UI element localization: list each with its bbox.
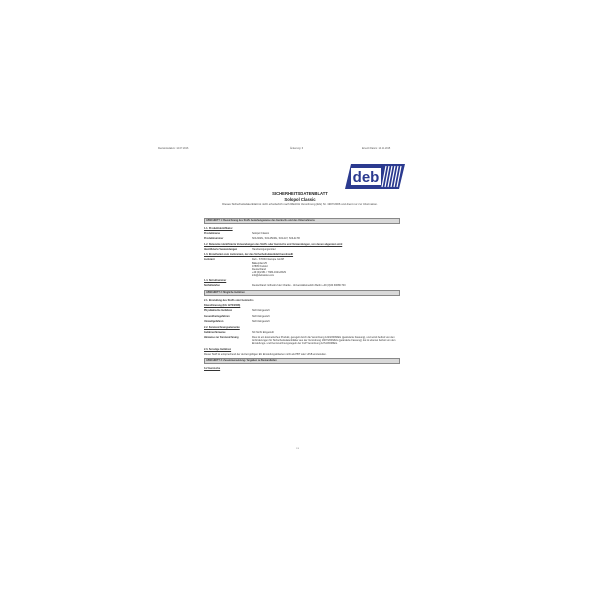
subsection-2-2: 2.2. Kennzeichnungselemente xyxy=(204,326,400,329)
value: Nicht Eingestuft xyxy=(252,309,400,312)
revision-number: Änderung: 6 xyxy=(290,147,303,150)
row-verwendungen: Identifizierte VerwendungenHandreinigung… xyxy=(204,248,400,251)
classification-heading: Klassifizierung (EG 1272/2008) xyxy=(204,304,400,307)
subsection-2-3: 2.3. Sonstige Gefahren xyxy=(204,348,400,351)
section-2-header: ABSCHNITT 2: Mögliche Gefahren xyxy=(204,290,400,296)
value: Nicht Eingestuft xyxy=(252,320,400,323)
label: Physikalische Gefahren xyxy=(204,309,252,312)
value: Handreinigungsmittel xyxy=(252,248,400,251)
page-number: 1/5 xyxy=(296,448,299,450)
value: NC Nicht Eingestuft xyxy=(252,331,400,334)
subsection-2-1: 2.1. Einstufung des Stoffs oder Gemischs xyxy=(204,299,400,302)
revision-date: Revisionsdatum: 12.07.2016 xyxy=(158,147,188,150)
label: Gefahrenhinweise xyxy=(204,331,252,334)
label: Notfalltelefon xyxy=(204,284,252,287)
label: Gesundheitsgefahren xyxy=(204,315,252,318)
svg-text:deb: deb xyxy=(353,169,380,186)
deb-logo: deb xyxy=(345,163,405,190)
subsection-1-4: 1.4. Notrufnummer xyxy=(204,279,400,282)
row-produktname: ProduktnameSolopol Classic xyxy=(204,232,400,235)
value: Solopol Classic xyxy=(252,232,400,235)
row-phys: Physikalische GefahrenNicht Eingestuft xyxy=(204,309,400,312)
supersedes-date: Ersetzt Datum: 14.11.2015 xyxy=(362,147,390,150)
label: Produktnummer xyxy=(204,237,252,240)
email-link[interactable]: info@debstoko.com xyxy=(252,274,400,277)
row-ges: GesundheitsgefahrenNicht Eingestuft xyxy=(204,315,400,318)
subsection-1-3: 1.3. Einzelheiten zum Lieferanten, der d… xyxy=(204,253,400,256)
value: Nicht Eingestuft xyxy=(252,315,400,318)
row-lieferant: Lieferant Deb - STOKO Europe GmbH Bäkerp… xyxy=(204,258,400,277)
subsection-1-1: 1.1. Produktidentifikator xyxy=(204,227,400,230)
section-1-header: ABSCHNITT 1: Bezeichnung des Stoffs bezi… xyxy=(204,218,400,224)
other-hazards-text: Dieser Stoff ist entsprechend der derzei… xyxy=(204,353,400,356)
row-umw: UmweltgefahrenNicht Eingestuft xyxy=(204,320,400,323)
label: Lieferant xyxy=(204,258,252,277)
subsection-3-2: 3.2 Gemische xyxy=(204,367,400,370)
row-produktnummer: ProduktnummerSOL30ML, SOL250ML, SOL2LT, … xyxy=(204,237,400,240)
row-gef: GefahrenhinweiseNC Nicht Eingestuft xyxy=(204,331,400,334)
label: Identifizierte Verwendungen xyxy=(204,248,252,251)
row-hinweise: Hinweise zur KennzeichnungDies ist ein k… xyxy=(204,336,400,345)
label: Produktname xyxy=(204,232,252,235)
value: SOL30ML, SOL250ML, SOL2LT, SOL4LTR xyxy=(252,237,400,240)
section-3-header: ABSCHNITT 3: Zusammensetzung / Angaben z… xyxy=(204,358,400,364)
value: Deutschland: Giftnotruf der Charité - Un… xyxy=(252,284,400,287)
label: Umweltgefahren xyxy=(204,320,252,323)
subsection-1-2: 1.2. Relevante identifizierte Verwendung… xyxy=(204,243,400,246)
title-block: SICHERHEITSDATENBLATT Solopol Classic Di… xyxy=(150,191,450,206)
document-body: ABSCHNITT 1: Bezeichnung des Stoffs bezi… xyxy=(204,216,400,372)
label: Hinweise zur Kennzeichnung xyxy=(204,336,252,345)
intro-text: Dieses Sicherheitsdatenblatt ist nicht e… xyxy=(215,203,385,206)
supplier-address: Deb - STOKO Europe GmbH Bäkerpfad 25 478… xyxy=(252,258,400,277)
value: Dies ist ein kosmetisches Produkt, gereg… xyxy=(252,336,400,345)
row-notruf: NotfalltelefonDeutschland: Giftnotruf de… xyxy=(204,284,400,287)
document-title: SICHERHEITSDATENBLATT xyxy=(150,191,450,196)
